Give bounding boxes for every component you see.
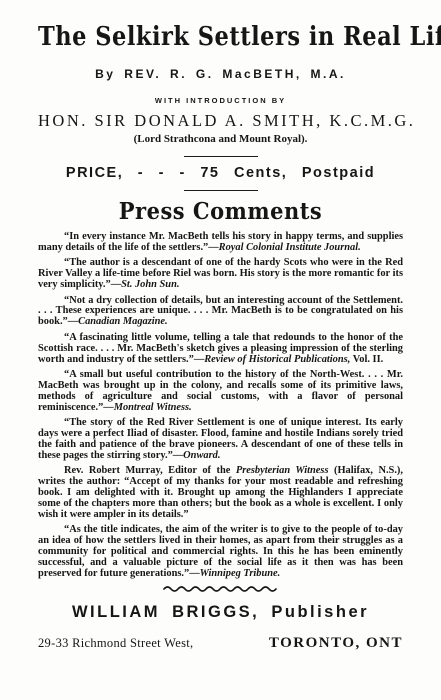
publisher-address-row: 29-33 Richmond Street West, TORONTO, ONT: [38, 635, 403, 652]
wavy-line-icon: [162, 584, 280, 593]
comment-source: Onward.: [183, 450, 220, 461]
introduction-name: HON. SIR DONALD A. SMITH, K.C.M.G.: [38, 111, 403, 131]
comment-text: “The author is a descendant of one of th…: [38, 257, 403, 290]
comment-text: Rev. Robert Murray, Editor of the: [64, 465, 236, 476]
press-comments: “In every instance Mr. MacBeth tells his…: [38, 232, 403, 580]
book-ad-page: The Selkirk Settlers in Real Life By REV…: [0, 0, 441, 700]
press-comment-paragraph: “Not a dry collection of details, but an…: [38, 296, 403, 329]
book-title: The Selkirk Settlers in Real Life: [38, 22, 403, 52]
press-comment-paragraph: “In every instance Mr. MacBeth tells his…: [38, 232, 403, 254]
price-rule-bottom: [184, 190, 258, 191]
publisher-address: 29-33 Richmond Street West,: [38, 636, 193, 651]
author-byline: By REV. R. G. MacBETH, M.A.: [38, 67, 403, 81]
press-comment-paragraph: “The author is a descendant of one of th…: [38, 258, 403, 291]
comment-source: Presbyterian Witness: [236, 465, 329, 476]
comment-text: “The story of the Red River Settlement i…: [38, 417, 403, 461]
press-comment-paragraph: Rev. Robert Murray, Editor of the Presby…: [38, 466, 403, 521]
comment-text: “A small but useful contribution to the …: [38, 369, 403, 413]
comment-source: Winnipeg Tribune.: [200, 568, 281, 579]
price-rule-top: [184, 156, 258, 157]
comment-source: Montreal Witness.: [114, 402, 192, 413]
comment-source: St. John Sun.: [121, 279, 179, 290]
press-comment-paragraph: “The story of the Red River Settlement i…: [38, 418, 403, 462]
comment-text: Vol. II.: [350, 354, 383, 365]
price-line: PRICE, - - - 75 Cents, Postpaid: [38, 165, 403, 181]
press-comments-heading: Press Comments: [38, 197, 403, 225]
comment-source: Review of Historical Publications,: [204, 354, 350, 365]
introduction-subtitle: (Lord Strathcona and Mount Royal).: [38, 133, 403, 145]
publisher-city: TORONTO, ONT: [269, 635, 403, 652]
introduction-label: WITH INTRODUCTION BY: [38, 96, 403, 105]
press-comment-paragraph: “A small but useful contribution to the …: [38, 370, 403, 414]
publisher-line: WILLIAM BRIGGS, Publisher: [38, 603, 403, 622]
wavy-divider: [38, 584, 403, 593]
comment-source: Canadian Magazine.: [78, 316, 168, 327]
press-comment-paragraph: “As the title indicates, the aim of the …: [38, 525, 403, 580]
comment-source: Royal Colonial Institute Journal.: [219, 242, 361, 253]
press-comment-paragraph: “A fascinating little volume, telling a …: [38, 333, 403, 366]
